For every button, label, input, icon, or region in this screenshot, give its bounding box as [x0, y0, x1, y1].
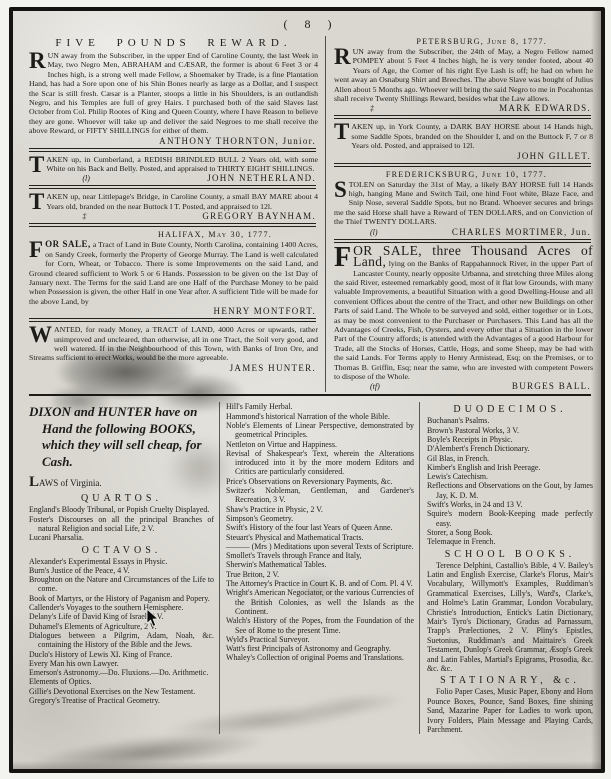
ad-dateline: PETERSBURG, June 8, 1777.	[334, 37, 593, 46]
ad-dateline: HALIFAX, May 30, 1777.	[29, 230, 318, 239]
books-column-2: Hill's Family Herbal.Hammond's historica…	[219, 402, 419, 734]
signature-row: JAMES HUNTER.	[29, 363, 316, 373]
ad-body: WANTED, for ready Money, a TRACT of LAND…	[29, 325, 318, 363]
ad-lead: OR SALE,	[45, 239, 91, 249]
laws-of-virginia-line: LAWS of Virginia.	[29, 474, 214, 491]
books-column-3: DUODECIMOS. Buchanan's Psalms.Brown's Pa…	[419, 402, 593, 734]
book-list-item: Lewis's Catechism.	[427, 472, 593, 481]
printer-mark: (l)	[46, 174, 90, 183]
book-list-item: Smollet's Travels through France and Ita…	[226, 551, 414, 560]
ad-divider-rule	[29, 148, 316, 152]
book-list-item: Steuart's Physical and Mathematical Trac…	[226, 533, 414, 542]
duodecimos-heading: DUODECIMOS.	[427, 404, 593, 415]
book-list-item: Price's Observations on Reversionary Pay…	[226, 477, 414, 486]
book-list-item: England's Bloody Tribunal, or Popish Cru…	[29, 505, 214, 514]
ad-divider-rule	[334, 163, 591, 167]
drop-cap: R	[29, 51, 48, 70]
mouse-cursor-icon	[146, 608, 160, 628]
ad-runaway-pompey: PETERSBURG, June 8, 1777. RUN away from …	[334, 37, 593, 113]
ad-body: FOR SALE, a Tract of Land in Bute County…	[29, 240, 318, 306]
ad-wanted-tract-of-land: WANTED, for ready Money, a TRACT of LAND…	[29, 325, 318, 373]
ad-text: lying on the Banks of Rappahannock River…	[334, 259, 593, 381]
drop-cap: T	[334, 122, 351, 141]
ad-reward-abraham-caesar: FIVE POUNDS REWARD. RUN away from the Su…	[29, 37, 318, 146]
book-list-item: Delany's Life of David King of Israel, 2…	[29, 612, 214, 621]
scanned-newspaper-page: ( 8 ) FIVE POUNDS REWARD. RUN away from …	[0, 0, 611, 779]
signature-row: (l)CHARLES MORTIMER, Jun.	[334, 227, 591, 237]
signature: JAMES HUNTER.	[230, 363, 316, 373]
section-divider-rule	[29, 394, 591, 398]
ad-stolen-bay-horse: FREDERICKSBURG, June 10, 1777. STOLEN on…	[334, 170, 593, 237]
books-section: DIXON and HUNTER have on Hand the follow…	[29, 402, 593, 734]
signature-row: HENRY MONTFORT.	[29, 306, 316, 316]
octavos-heading: OCTAVOS.	[29, 545, 214, 556]
ad-taken-bay-mare-littlepage: TAKEN up, near Littlepage's Bridge, in C…	[29, 192, 318, 221]
signature: BURGES BALL.	[512, 381, 591, 391]
school-books-text: Terence Delphini, Castallio's Bible, 4 V…	[427, 561, 593, 674]
stationary-heading: STATIONARY, &c.	[427, 675, 593, 686]
book-list-item: Noble's Elements of Linear Perspective, …	[226, 421, 414, 440]
book-list-item: Burn's Justice of the Peace, 4 V.	[29, 566, 214, 575]
ad-body: RUN away from the Subscriber, the 24th o…	[334, 47, 593, 103]
book-list-item: Reflections and Observations on the Gout…	[427, 481, 593, 500]
book-list-item: Brown's Pastoral Works, 3 V.	[427, 426, 593, 435]
book-list-item: True Briton, 2 V.	[226, 570, 414, 579]
signature-row: ‡MARK EDWARDS.	[334, 103, 591, 113]
ad-body: TAKEN up, in York County, a DARK BAY HOR…	[334, 122, 593, 150]
page-edge-shadow	[13, 761, 601, 769]
signature-row: JOHN GILLET.	[334, 151, 591, 161]
book-list-item: Kimber's English and Irish Peerage.	[427, 463, 593, 472]
signature: MARK EDWARDS.	[499, 103, 591, 113]
book-list-item: Boyle's Receipts in Physic.	[427, 435, 593, 444]
books-column-1: DIXON and HUNTER have on Hand the follow…	[29, 402, 219, 734]
book-list-item: Book of Martyrs, or the History of Pagan…	[29, 594, 214, 603]
ad-divider-rule	[334, 115, 591, 119]
laws-initial: L	[29, 474, 39, 490]
ad-text: AKEN up, in York County, a DARK BAY HORS…	[351, 122, 593, 150]
newspaper-paper: ( 8 ) FIVE POUNDS REWARD. RUN away from …	[13, 11, 601, 769]
book-list-item: Hill's Family Herbal.	[226, 402, 414, 411]
book-list-item: Gillie's Devotional Exercises on the New…	[29, 687, 214, 696]
drop-cap: F	[29, 240, 45, 259]
ad-divider-rule	[29, 185, 316, 189]
ad-text: AKEN up, near Littlepage's Bridge, in Ca…	[46, 192, 318, 210]
book-list-item: Squire's modern Book-Keeping made perfec…	[427, 509, 593, 528]
book-list-item: Revisal of Shakespear's Text, wherein th…	[226, 449, 414, 477]
book-list-item: Switzer's Nobleman, Gentleman, and Garde…	[226, 486, 414, 505]
ad-taken-dark-bay-horse-york: TAKEN up, in York County, a DARK BAY HOR…	[334, 122, 593, 160]
advertisement-section: FIVE POUNDS REWARD. RUN away from the Su…	[29, 36, 593, 392]
book-list-item: Broughton on the Nature and Circumstance…	[29, 575, 214, 594]
drop-cap: F	[334, 246, 353, 269]
octavos-continued-list: Hill's Family Herbal.Hammond's historica…	[226, 402, 414, 662]
books-intro: DIXON and HUNTER have on Hand the follow…	[29, 404, 214, 470]
duodecimos-list: Buchanan's Psalms.Brown's Pastoral Works…	[427, 416, 593, 546]
ad-body: TAKEN up, in Cumberland, a REDISH BRINDL…	[29, 155, 318, 174]
signature: HENRY MONTFORT.	[214, 306, 316, 316]
book-list-item: Lucani Pharsalia.	[29, 533, 214, 542]
ad-body: RUN away from the Subscriber, in the upp…	[29, 51, 318, 136]
book-list-item: Duhamel's Elements of Agriculture, 2 V.	[29, 622, 214, 631]
book-list-item: Whaley's Collection of original Poems an…	[226, 653, 414, 662]
ad-body: TAKEN up, near Littlepage's Bridge, in C…	[29, 192, 318, 211]
printer-mark: (l)	[334, 228, 378, 237]
book-list-item: Foster's Discourses on all the principal…	[29, 515, 214, 534]
book-list-item: Telemaque in French.	[427, 537, 593, 546]
printer-mark: (tf)	[334, 382, 380, 391]
book-list-item: The Attorney's Practice in Court K. B. a…	[226, 579, 414, 588]
book-list-item: Swift's Works, in 24 and 13 V.	[427, 500, 593, 509]
book-list-item: Walch's History of the Popes, from the F…	[226, 616, 414, 635]
quartos-heading: QUARTOS.	[29, 493, 214, 504]
book-list-item: Duclo's History of Lewis XI. King of Fra…	[29, 650, 214, 659]
book-list-item: Nettleton on Virtue and Happiness.	[226, 440, 414, 449]
signature: GREGORY BAYNHAM.	[202, 211, 316, 221]
ad-text: TOLEN on Saturday the 31st of May, a lik…	[334, 180, 593, 227]
drop-cap: T	[29, 192, 46, 211]
book-list-item: Wyld's Practical Surveyor.	[226, 635, 414, 644]
drop-cap: R	[334, 47, 353, 66]
book-list-item: Sherwin's Mathematical Tables.	[226, 560, 414, 569]
quartos-list: England's Bloody Tribunal, or Popish Cru…	[29, 505, 214, 542]
book-list-item: Callender's Voyages to the southern Hemi…	[29, 603, 214, 612]
signature: JOHN NETHERLAND.	[207, 173, 316, 183]
drop-cap: T	[29, 155, 46, 174]
book-list-item: Simpson's Geometry.	[226, 514, 414, 523]
book-list-item: Buchanan's Psalms.	[427, 416, 593, 425]
ad-text: ANTED, for ready Money, a TRACT of LAND,…	[29, 325, 318, 362]
ad-text: a Tract of Land in Bute County, North Ca…	[29, 240, 318, 305]
printer-mark: ‡	[334, 104, 374, 113]
school-books-heading: SCHOOL BOOKS.	[427, 549, 593, 560]
signature: JOHN GILLET.	[517, 151, 591, 161]
book-list-item: Elements of Optics.	[29, 677, 214, 686]
ad-text: UN away from the Subscriber, the 24th of…	[334, 47, 593, 103]
book-list-item: Hammond's historical Narration of the wh…	[226, 412, 414, 421]
book-list-item: Gil Blas, in French.	[427, 454, 593, 463]
book-list-item: Dialogues between a Pilgrim, Adam, Noah,…	[29, 631, 214, 650]
left-column: FIVE POUNDS REWARD. RUN away from the Su…	[29, 36, 325, 392]
ad-text: AKEN up, in Cumberland, a REDISH BRINDLE…	[46, 155, 318, 173]
book-list-item: Every Man his own Lawyer.	[29, 659, 214, 668]
book-list-item: D'Alembert's French Dictionary.	[427, 444, 593, 453]
ad-body: FOR SALE, three Thousand Acres of Land, …	[334, 246, 593, 382]
book-list-item: Swift's History of the four last Years o…	[226, 523, 414, 532]
ad-body: STOLEN on Saturday the 31st of May, a li…	[334, 180, 593, 227]
book-list-item: Gregory's Treatise of Practical Geometry…	[29, 696, 214, 705]
book-list-item: Storer, a Song Book.	[427, 528, 593, 537]
book-list-item: ——— (Mrs ) Meditations upon several Text…	[226, 542, 414, 551]
ad-divider-rule	[29, 318, 316, 322]
ad-text: UN away from the Subscriber, in the uppe…	[29, 51, 318, 135]
ad-dateline: FREDERICKSBURG, June 10, 1777.	[334, 170, 593, 179]
book-list-item: Alexander's Experimental Essays in Physi…	[29, 557, 214, 566]
signature: ANTHONY THORNTON, Junior.	[159, 136, 316, 146]
signature-row: ANTHONY THORNTON, Junior.	[29, 136, 316, 146]
right-column: PETERSBURG, June 8, 1777. RUN away from …	[325, 36, 593, 392]
ad-heading: FIVE POUNDS REWARD.	[29, 37, 318, 49]
page-number: ( 8 )	[29, 17, 593, 32]
drop-cap: S	[334, 180, 349, 199]
ad-for-sale-bute-county: HALIFAX, May 30, 1777. FOR SALE, a Tract…	[29, 230, 318, 316]
signature-row: (l)JOHN NETHERLAND.	[46, 173, 316, 183]
ad-for-sale-three-thousand-acres: FOR SALE, three Thousand Acres of Land, …	[334, 246, 593, 392]
signature: CHARLES MORTIMER, Jun.	[452, 227, 591, 237]
book-list-item: Wright's American Negociator, or the var…	[226, 588, 414, 616]
page-border-frame: ( 8 ) FIVE POUNDS REWARD. RUN away from …	[9, 7, 605, 773]
signature-row: (tf)BURGES BALL.	[334, 381, 591, 391]
book-list-item: Watt's first Principals of Astronomy and…	[226, 644, 414, 653]
octavos-list: Alexander's Experimental Essays in Physi…	[29, 557, 214, 706]
ad-divider-rule	[29, 223, 316, 227]
book-list-item: Emerson's Astronomy.—Do. Fluxions.—Do. A…	[29, 668, 214, 677]
printer-mark: ‡	[46, 212, 86, 221]
ad-taken-bull-cumberland: TAKEN up, in Cumberland, a REDISH BRINDL…	[29, 155, 318, 184]
stationary-text: Folio Paper Cases, Music Paper, Ebony an…	[427, 687, 593, 734]
drop-cap: W	[29, 325, 54, 344]
laws-text: AWS of Virginia.	[39, 478, 102, 488]
signature-row: ‡GREGORY BAYNHAM.	[46, 211, 316, 221]
book-list-item: Shaw's Practice in Physic, 2 V.	[226, 505, 414, 514]
